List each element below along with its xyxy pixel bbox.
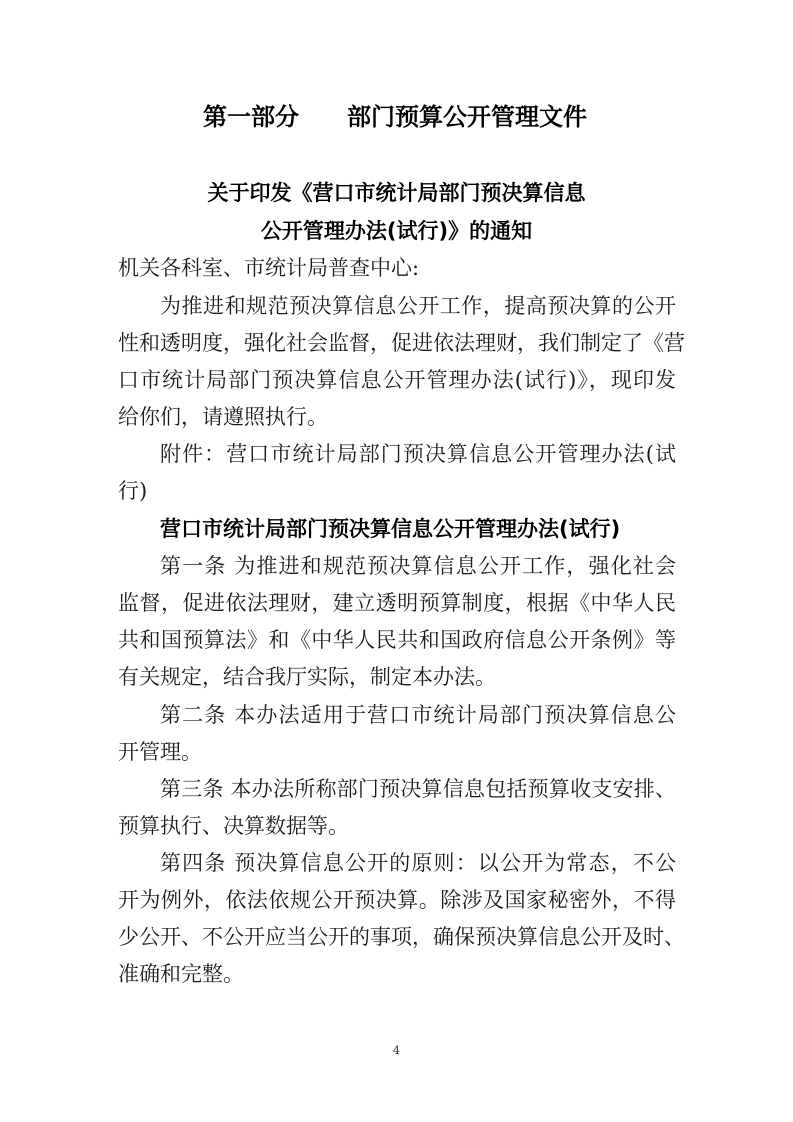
part-name: 部门预算公开管理文件 [347,103,587,131]
article-2-line: 第二条 本办法适用于营口市统计局部门预决算信息公 [160,702,676,728]
attachment-line: 附件：营口市统计局部门预决算信息公开管理办法(试 [160,441,676,467]
notice-body-line: 给你们，请遵照执行。 [118,404,328,430]
page-number: 4 [0,1044,793,1057]
article-4-line: 准确和完整。 [118,961,244,987]
document-page: 第一部分部门预算公开管理文件 关于印发《营口市统计局部门预决算信息 公开管理办法… [0,0,793,1122]
article-4-line: 开为例外，依法依规公开预决算。除涉及国家秘密外，不得 [118,887,676,913]
article-1-line: 有关规定，结合我厅实际，制定本办法。 [118,664,496,690]
notice-title-line-2: 公开管理办法(试行)》的通知 [0,218,793,244]
article-3-line: 第三条 本办法所称部门预决算信息包括预算收支安排、 [160,776,676,802]
article-1-line: 共和国预算法》和《中华人民共和国政府信息公开条例》等 [118,627,676,653]
article-4-line: 少公开、不公开应当公开的事项，确保预决算信息公开及时、 [118,924,676,950]
article-1-line: 监督，促进依法理财，建立透明预算制度，根据《中华人民 [118,590,676,616]
notice-body-line: 性和透明度，强化社会监督，促进依法理财，我们制定了《营 [118,330,676,356]
part-label: 第一部分 [203,103,299,131]
salutation: 机关各科室、市统计局普查中心: [118,255,419,281]
notice-body-line: 为推进和规范预决算信息公开工作，提高预决算的公开 [160,293,676,319]
article-2-line: 开管理。 [118,739,202,765]
article-3-line: 预算执行、决算数据等。 [118,813,349,839]
notice-body-line: 口市统计局部门预决算信息公开管理办法(试行)》，现印发 [118,367,676,393]
attachment-line: 行) [118,478,147,504]
article-1-line: 第一条 为推进和规范预决算信息公开工作，强化社会 [160,553,676,579]
measures-title: 营口市统计局部门预决算信息公开管理办法(试行) [160,516,620,542]
notice-title-line-1: 关于印发《营口市统计局部门预决算信息 [0,180,793,206]
part-title: 第一部分部门预算公开管理文件 [203,104,587,130]
article-4-line: 第四条 预决算信息公开的原则：以公开为常态，不公 [160,850,676,876]
